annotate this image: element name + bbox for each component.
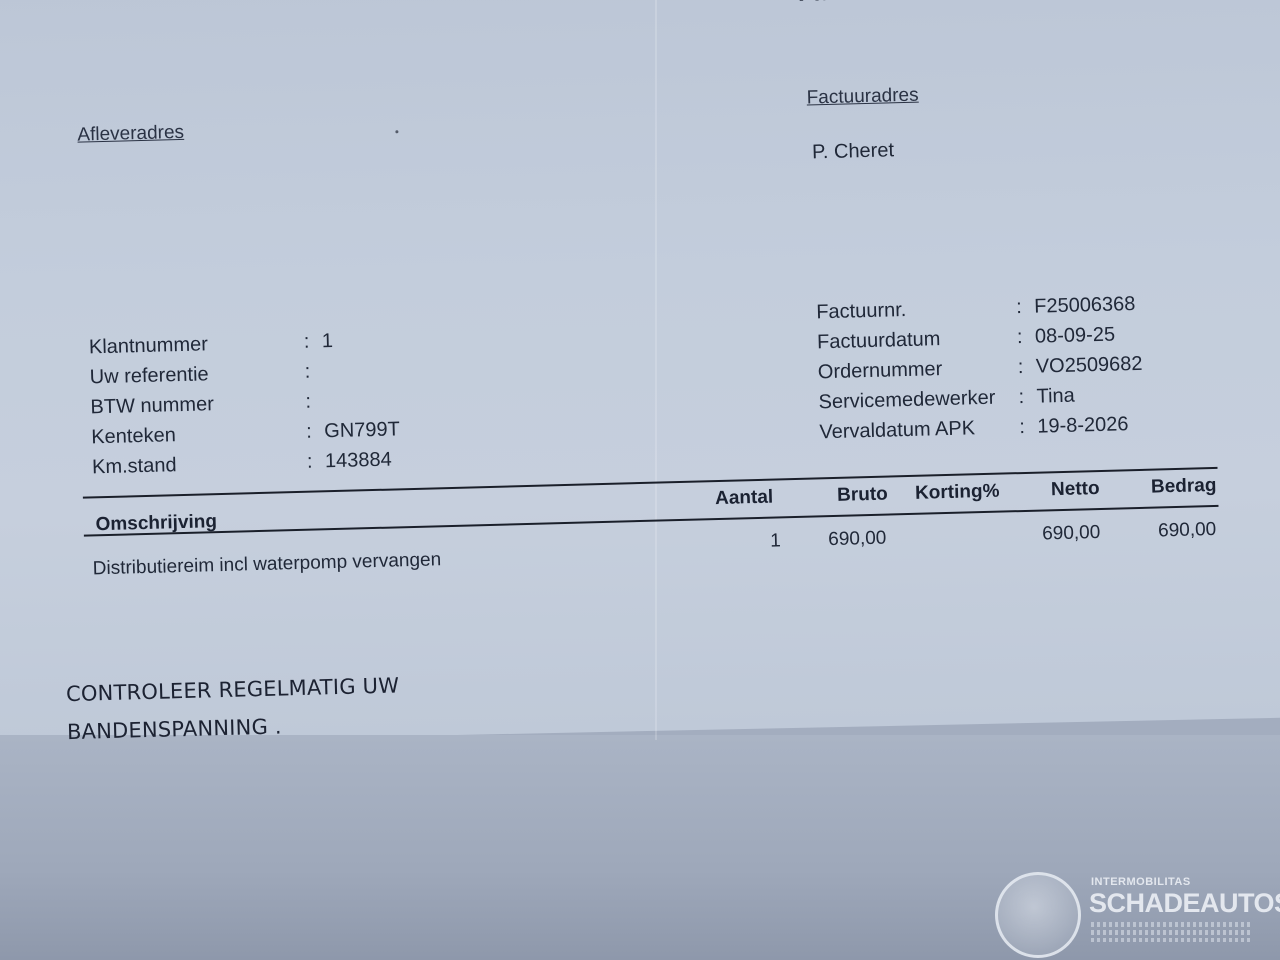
invoice-info: Factuurnr.:F25006368 Factuurdatum:08-09-…: [816, 289, 1145, 447]
invoice-address-label: Factuuradres: [806, 85, 918, 110]
cell-omschrijving: Distributiereim incl waterpomp vervangen: [92, 549, 441, 580]
watermark-pattern: [1091, 922, 1251, 942]
cell-netto: 690,00: [1042, 522, 1101, 546]
document-title: Factuur: [798, 0, 887, 8]
column-header-korting: Korting%: [915, 481, 1000, 505]
delivery-address-label: Afleveradres: [77, 122, 184, 147]
watermark-logo: INTERMOBILITAS SCHADEAUTOS.NL: [995, 870, 1280, 950]
notice-line-2: BANDENSPANNING .: [67, 704, 401, 751]
watermark-brand: SCHADEAUTOS.NL: [1089, 888, 1280, 919]
globe-icon: [995, 872, 1081, 958]
watermark-subtitle: INTERMOBILITAS: [1091, 876, 1191, 888]
invoice-address-name: P. Cheret: [812, 139, 894, 164]
column-header-bruto: Bruto: [837, 484, 888, 507]
invoice-document: Factuur Afleveradres Factuuradres P. Che…: [0, 0, 1280, 777]
column-header-netto: Netto: [1051, 478, 1100, 501]
customer-info: Klantnummer:1 Uw referentie: BTW nummer:…: [89, 324, 401, 482]
tire-pressure-notice: CONTROLEER REGELMATIG UW BANDENSPANNING …: [66, 666, 401, 751]
column-header-bedrag: Bedrag: [1151, 475, 1217, 499]
cell-aantal: 1: [770, 530, 781, 552]
paper-speck: [395, 130, 398, 133]
column-header-aantal: Aantal: [715, 487, 774, 511]
cell-bedrag: 690,00: [1158, 519, 1217, 543]
cell-bruto: 690,00: [828, 528, 887, 552]
